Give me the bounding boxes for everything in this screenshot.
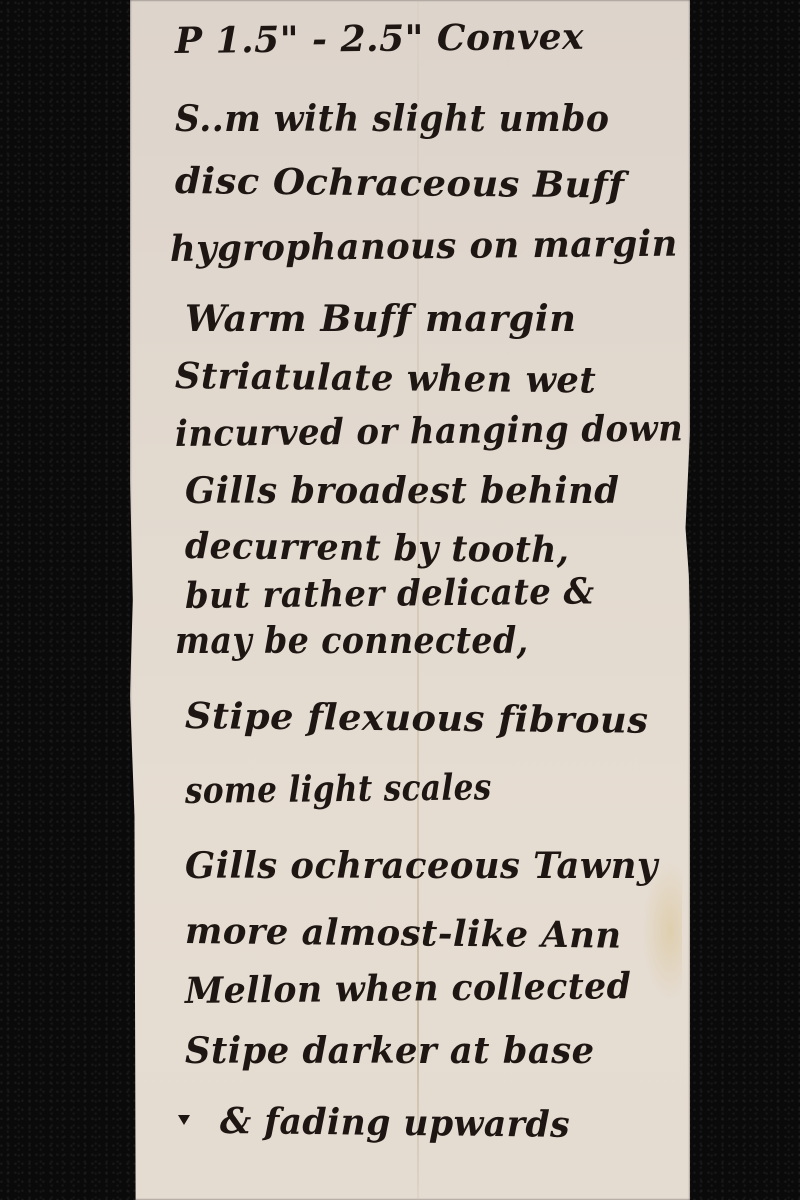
handwritten-text-block: P 1.5" - 2.5" Convex S..m with slight um… (130, 0, 690, 1200)
note-line-stipe-darker: Stipe darker at base (185, 1030, 595, 1072)
ampersand-mark-icon (178, 1115, 190, 1125)
note-line-light-scales: some light scales (185, 766, 492, 812)
note-line-when-collected: Mellon when collected (185, 965, 632, 1012)
note-line-margin-color: Warm Buff margin (185, 298, 576, 340)
note-line-gills-color: Gills ochraceous Tawny (185, 845, 658, 887)
note-line-delicate: but rather delicate & (185, 570, 595, 617)
note-line-gills-broadest: Gills broadest behind (185, 470, 619, 512)
handwritten-note-paper: P 1.5" - 2.5" Convex S..m with slight um… (130, 0, 690, 1200)
note-line-umbo: S..m with slight umbo (175, 98, 609, 140)
note-line-incurved: incurved or hanging down (175, 407, 684, 455)
note-line-striatulate: Striatulate when wet (175, 355, 597, 401)
note-line-disc-color: disc Ochraceous Buff (175, 160, 625, 207)
note-line-stipe-fibrous: Stipe flexuous fibrous (185, 695, 649, 742)
note-line-connected: may be connected, (175, 620, 529, 662)
note-line-fading-upwards: & fading upwards (220, 1100, 570, 1146)
note-line-decurrent: decurrent by tooth, (185, 525, 570, 571)
note-line-almost-like: more almost-like Ann (185, 910, 622, 957)
note-line-cap-size: P 1.5" - 2.5" Convex (175, 16, 584, 62)
note-line-hygrophanous: hygrophanous on margin (170, 223, 678, 270)
